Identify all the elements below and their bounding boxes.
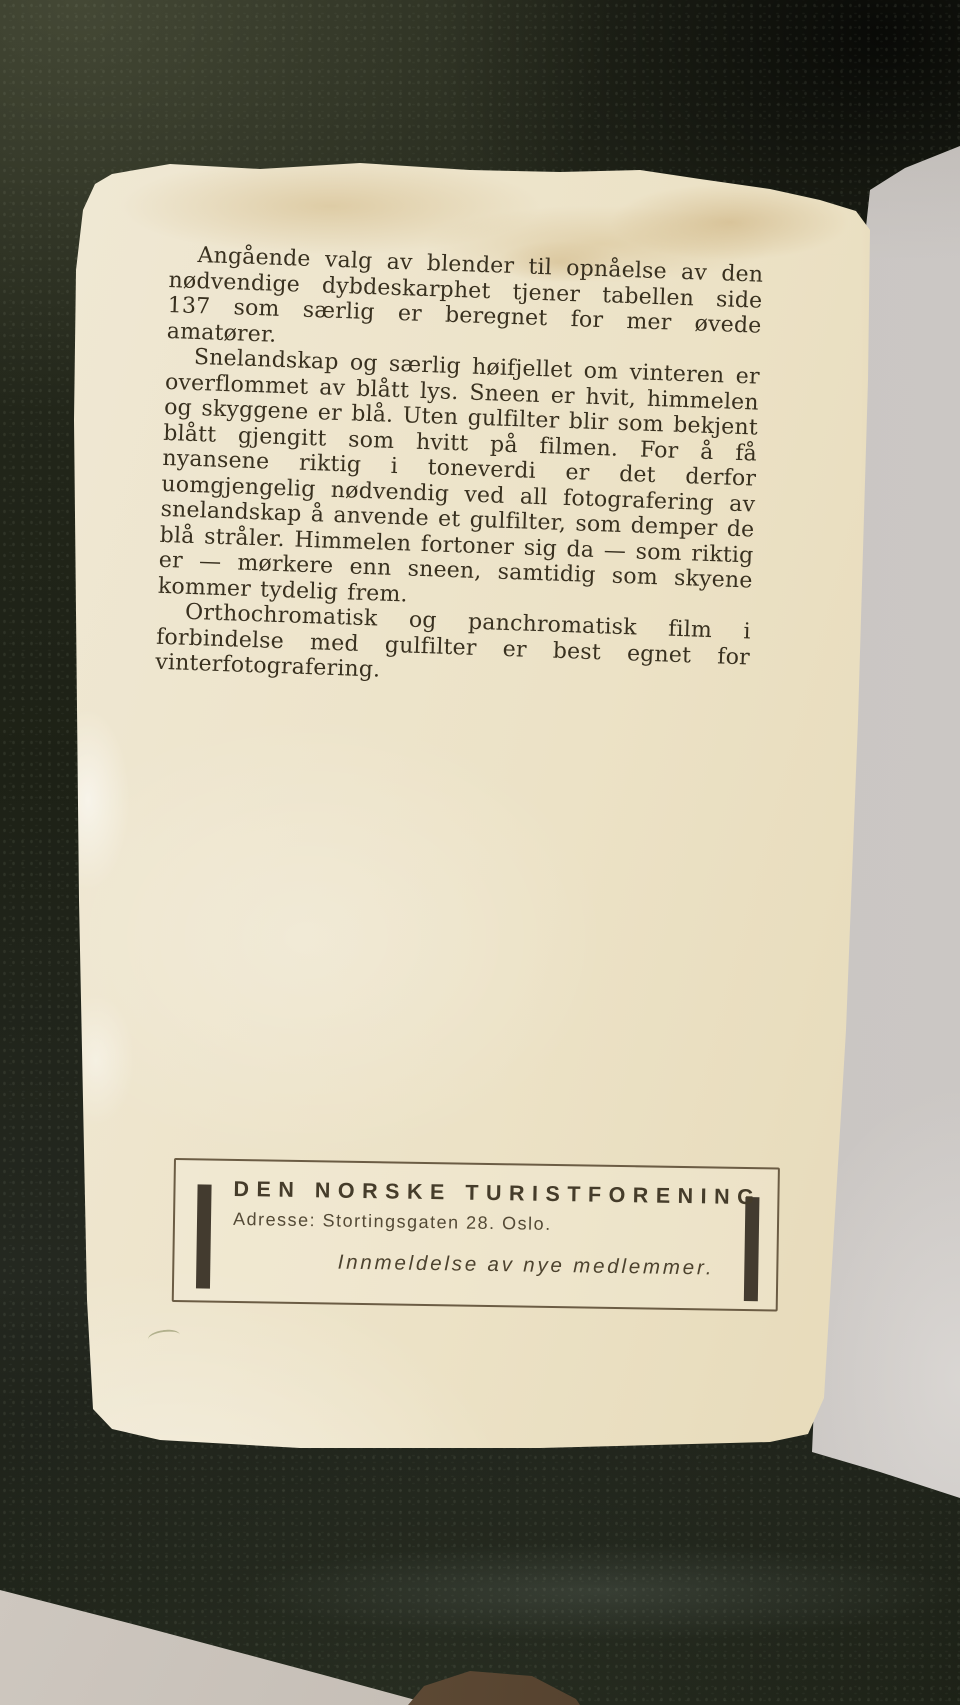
paragraph-snelandskap: Snelandskap og særlig høifjellet om vint… bbox=[158, 344, 761, 620]
ad-right-bar bbox=[744, 1197, 760, 1301]
ad-tagline: Innmeldelse av nye medlemmer. bbox=[338, 1251, 715, 1281]
advertisement-box: DEN NORSKE TURISTFORENING Adresse: Stort… bbox=[172, 1158, 780, 1312]
ad-address: Adresse: Stortingsgaten 28. Oslo. bbox=[233, 1209, 552, 1235]
pencil-mark bbox=[147, 1328, 181, 1346]
ad-left-bar bbox=[196, 1184, 212, 1288]
body-text: Angående valg av blender til opnåelse av… bbox=[155, 242, 764, 696]
ad-title: DEN NORSKE TURISTFORENING bbox=[233, 1177, 761, 1210]
photo-scene: Angående valg av blender til opnåelse av… bbox=[0, 0, 960, 1705]
